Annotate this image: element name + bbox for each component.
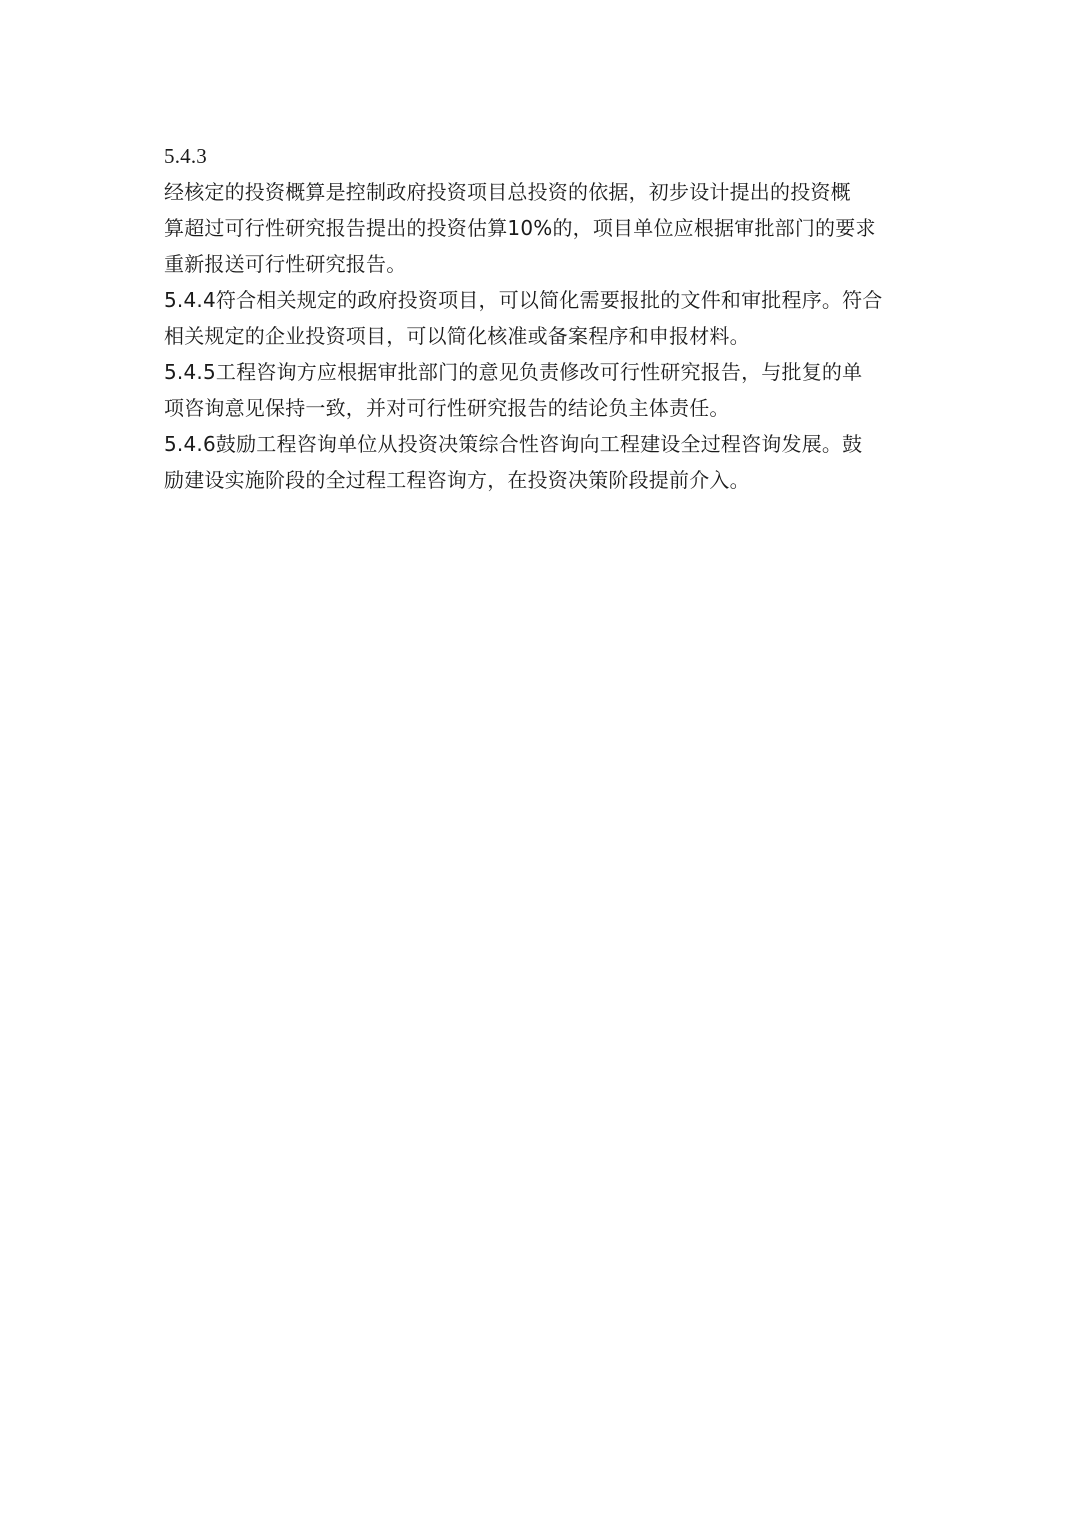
paragraph-line: 算超过可行性研究报告提出的投资估算10%的，项目单位应根据审批部门的要求 xyxy=(164,210,924,246)
document-page: 5.4.3 经核定的投资概算是控制政府投资项目总投资的依据，初步设计提出的投资概… xyxy=(164,138,924,498)
paragraph-line: 重新报送可行性研究报告。 xyxy=(164,246,924,282)
paragraph-line: 经核定的投资概算是控制政府投资项目总投资的依据，初步设计提出的投资概 xyxy=(164,174,924,210)
paragraph-5-4-3: 经核定的投资概算是控制政府投资项目总投资的依据，初步设计提出的投资概 算超过可行… xyxy=(164,174,924,282)
paragraph-5-4-6: 5.4.6鼓励工程咨询单位从投资决策综合性咨询向工程建设全过程咨询发展。鼓 励建… xyxy=(164,426,924,498)
paragraph-5-4-4: 5.4.4符合相关规定的政府投资项目，可以简化需要报批的文件和审批程序。符合 相… xyxy=(164,282,924,354)
section-number: 5.4.3 xyxy=(164,138,924,174)
paragraph-5-4-5: 5.4.5工程咨询方应根据审批部门的意见负责修改可行性研究报告，与批复的单 项咨… xyxy=(164,354,924,426)
paragraph-line: 5.4.6鼓励工程咨询单位从投资决策综合性咨询向工程建设全过程咨询发展。鼓 xyxy=(164,426,924,462)
paragraph-line: 5.4.4符合相关规定的政府投资项目，可以简化需要报批的文件和审批程序。符合 xyxy=(164,282,924,318)
paragraph-line: 项咨询意见保持一致，并对可行性研究报告的结论负主体责任。 xyxy=(164,390,924,426)
paragraph-line: 5.4.5工程咨询方应根据审批部门的意见负责修改可行性研究报告，与批复的单 xyxy=(164,354,924,390)
paragraph-line: 相关规定的企业投资项目，可以简化核准或备案程序和申报材料。 xyxy=(164,318,924,354)
paragraph-line: 励建设实施阶段的全过程工程咨询方，在投资决策阶段提前介入。 xyxy=(164,462,924,498)
